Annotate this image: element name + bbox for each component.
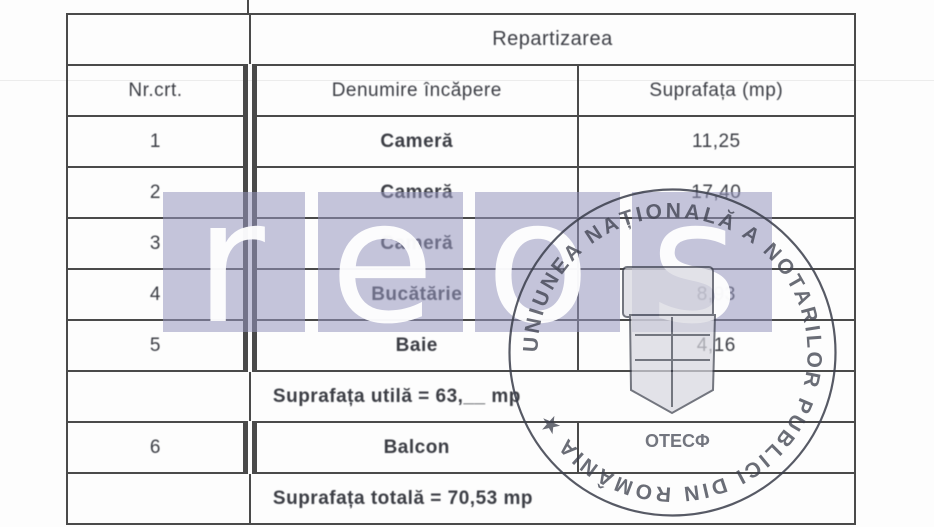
table-row: 6 Balcon	[67, 422, 855, 473]
subtotal-row: Suprafața utilă = 63,__ mp	[67, 371, 855, 422]
total-empty-cell	[67, 473, 250, 524]
row-area: 11,25	[578, 116, 855, 167]
watermark-letter-s: s	[650, 178, 739, 348]
row-nr: 1	[67, 116, 250, 167]
row-nr: 6	[67, 422, 250, 473]
header-area: Suprafața (mp)	[578, 65, 855, 116]
table-top-divider	[247, 0, 249, 14]
table-title-row: Repartizarea	[67, 14, 855, 65]
subtotal-empty-cell	[67, 371, 250, 422]
table-title: Repartizarea	[250, 14, 855, 65]
table-row: 1 Cameră 11,25	[67, 116, 855, 167]
total-row: Suprafața totală = 70,53 mp	[67, 473, 855, 524]
row-room-name: Balcon	[250, 422, 578, 473]
total-area: Suprafața totală = 70,53 mp	[250, 473, 855, 524]
row-area	[578, 422, 855, 473]
watermark-letter-e: e	[330, 178, 435, 348]
header-room-name: Denumire încăpere	[250, 65, 578, 116]
table-header-row: Nr.crt. Denumire încăpere Suprafața (mp)	[67, 65, 855, 116]
header-nr: Nr.crt.	[67, 65, 250, 116]
row-room-name: Cameră	[250, 116, 578, 167]
usable-area-subtotal: Suprafața utilă = 63,__ mp	[250, 371, 855, 422]
title-empty-cell	[67, 14, 250, 65]
watermark-letter-r: r	[195, 178, 265, 348]
watermark-letter-o: o	[486, 178, 590, 348]
